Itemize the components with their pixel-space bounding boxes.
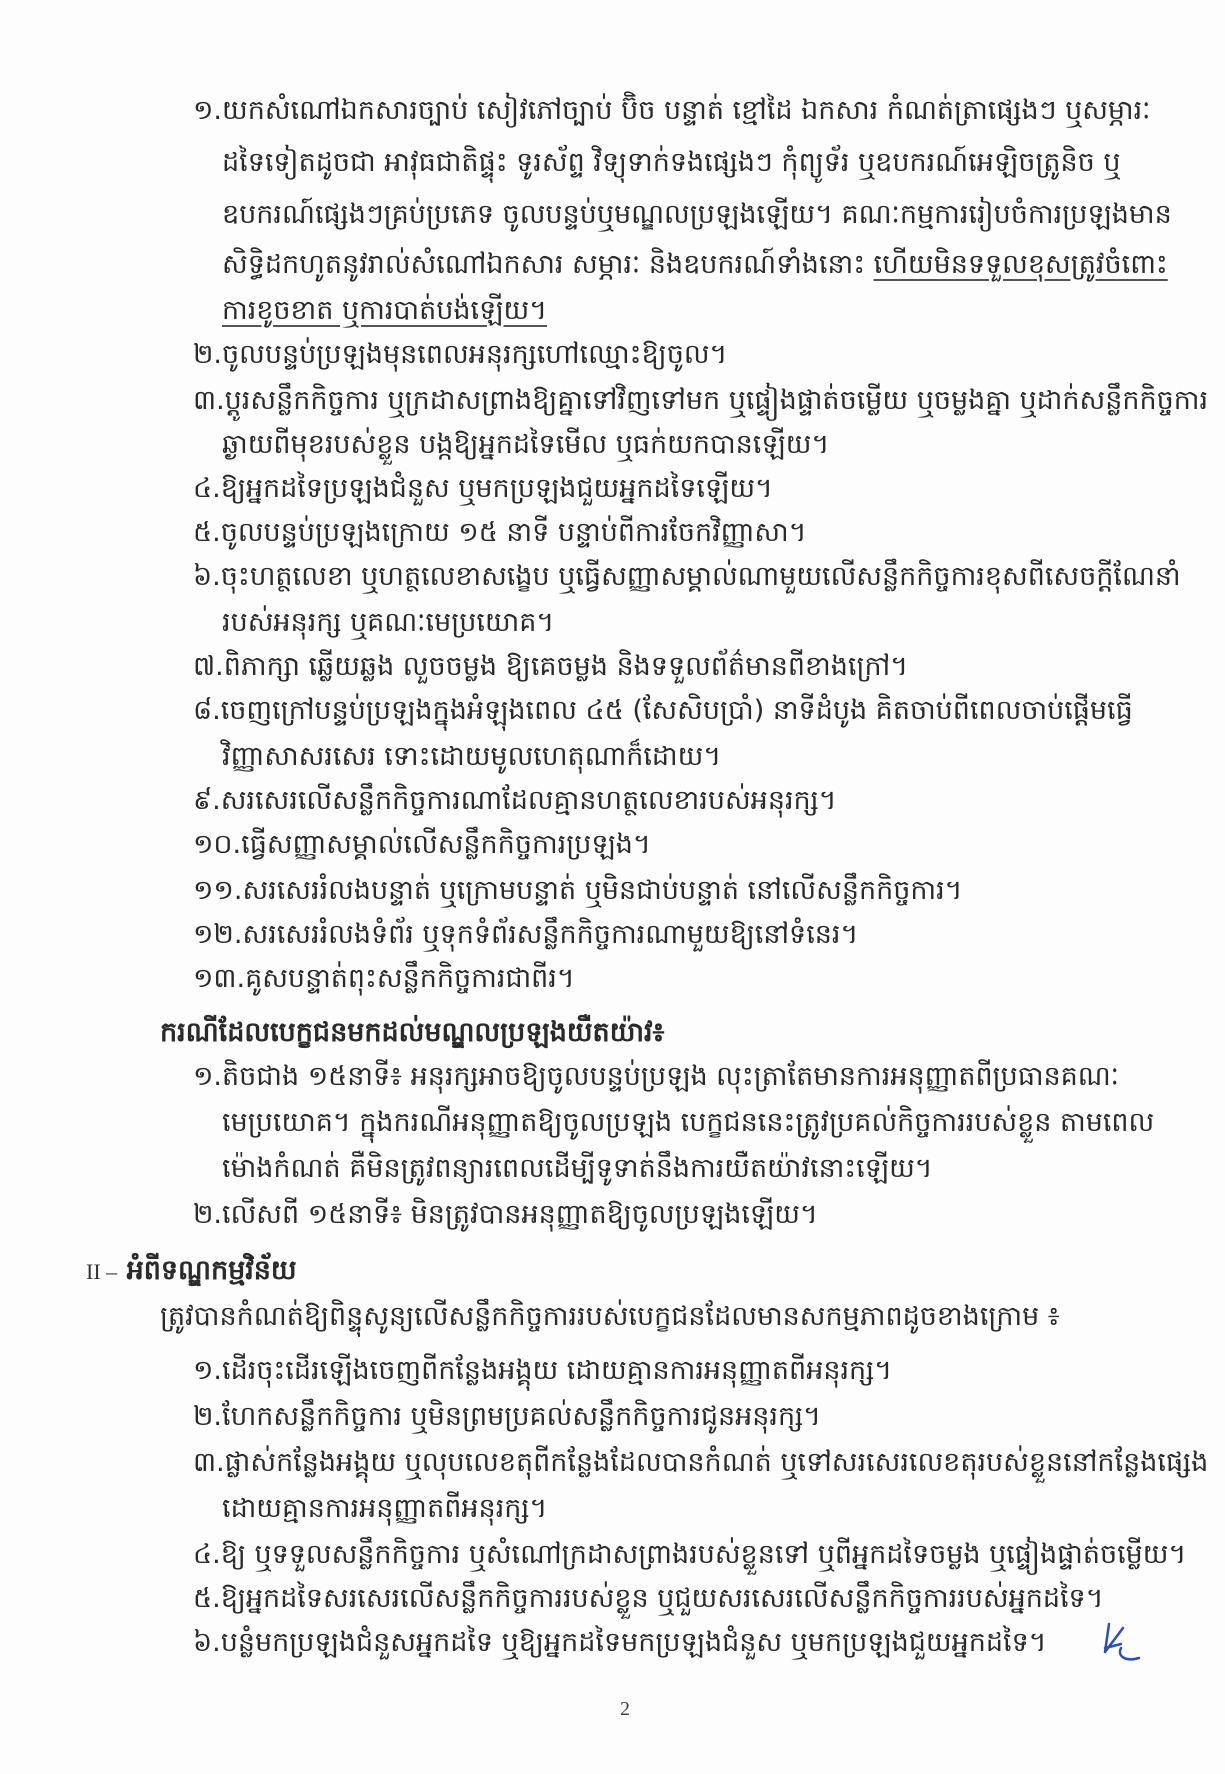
rule-item-12: ១២.សរសេររំលងទំព័រ ឬទុកទំព័រសន្លឹកកិច្ចកា… bbox=[193, 916, 858, 954]
rule-item-2: ២.ចូលបន្ទប់ប្រឡងមុនពេលអនុរក្សហៅឈ្មោះឱ្យច… bbox=[193, 336, 727, 374]
rule-item-10: ១០.ធ្វើសញ្ញាសម្គាល់លើសន្លឹកកិច្ចការប្រឡង… bbox=[193, 826, 651, 864]
late-arrival-item-1-line-2: មេប្រយោគ។ ក្នុងករណីអនុញ្ញាតឱ្យចូលប្រឡង ប… bbox=[222, 1104, 1154, 1142]
rule-item-3-line-1: ៣.ប្ដូរសន្លឹកកិច្ចការ ឬក្រដាសព្រាងឱ្យគ្ន… bbox=[193, 382, 1208, 420]
rule-item-1-line-3: ឧបករណ៍ផ្សេងៗគ្រប់ប្រភេទ ចូលបន្ទប់ឬមណ្ឌលប… bbox=[222, 196, 1172, 234]
section-ii-title: អំពីទណ្ឌកម្មវិន័យ bbox=[127, 1255, 297, 1286]
sanction-item-5: ៥.ឱ្យអ្នកដទៃសរសេរលើសន្លឹកកិច្ចការរបស់ខ្ល… bbox=[193, 1580, 1104, 1618]
rule-item-11: ១១.សរសេររំលងបន្ទាត់ ឬក្រោមបន្ទាត់ ឬមិនជា… bbox=[193, 872, 962, 910]
rule-item-4: ៤.ឱ្យអ្នកដទៃប្រឡងជំនួស ឬមកប្រឡងជួយអ្នកដទ… bbox=[193, 470, 773, 508]
rule-item-1-line-4: សិទ្ធិដកហូតនូវរាល់សំណៅឯកសារ សម្ភារៈ និងឧ… bbox=[222, 246, 1168, 284]
handwritten-initials-icon bbox=[1095, 1618, 1155, 1668]
sanction-item-3-line-1: ៣.ផ្លាស់កន្លែងអង្គុយ ឬលុបលេខតុពីកន្លែងដែ… bbox=[193, 1444, 1208, 1482]
sanction-item-1: ១.ដើរចុះដើរឡើងចេញពីកន្លែងអង្គុយ ដោយគ្មាន… bbox=[193, 1352, 892, 1390]
rule-item-1-line-5: ការខូចខាត ឬការបាត់បង់ឡើយ។ bbox=[222, 292, 547, 330]
section-ii-intro: ត្រូវបានកំណត់ឱ្យពិន្ទុសូន្យលើសន្លឹកកិច្ច… bbox=[160, 1298, 1060, 1336]
page-number: 2 bbox=[620, 1698, 630, 1721]
sanction-item-4: ៤.ឱ្យ ឬទទួលសន្លឹកកិច្ចការ ឬសំណៅក្រដាសព្រ… bbox=[193, 1536, 1186, 1574]
rule-item-1-line-1: ១.យកសំណៅឯកសារច្បាប់ សៀវភៅច្បាប់ ប៊ិច បន្… bbox=[193, 92, 1150, 130]
rule-item-6-line-1: ៦.ចុះហត្ថលេខា ឬហត្ថលេខាសង្ខេប ឬធ្វើសញ្ញា… bbox=[193, 558, 1181, 596]
rule-item-7: ៧.ពិភាក្សា ឆ្លើយឆ្លង លួចចម្លង ឱ្យគេចម្លង… bbox=[193, 648, 908, 686]
late-arrival-item-1-line-1: ១.តិចជាង ១៥នាទី៖ អនុរក្សអាចឱ្យចូលបន្ទប់ប… bbox=[193, 1058, 1119, 1096]
sanction-item-3-line-2: ដោយគ្មានការអនុញ្ញាតពីអនុរក្ស។ bbox=[222, 1490, 547, 1528]
rule-item-1-line-2: ដទៃទៀតដូចជា អាវុធជាតិផ្ទុះ ទូរស័ព្ទ វិទ្… bbox=[222, 144, 1121, 182]
rule-item-9: ៩.សរសេរលើសន្លឹកកិច្ចការណាដែលគ្មានហត្ថលេខ… bbox=[193, 782, 837, 820]
late-arrival-heading: ករណីដែលបេក្ខជនមកដល់មណ្ឌលប្រឡងយឺតយ៉ាវ៖ bbox=[160, 1014, 664, 1052]
late-arrival-item-2: ២.លើសពី ១៥នាទី៖ មិនត្រូវបានអនុញ្ញាតឱ្យចូ… bbox=[193, 1196, 818, 1234]
rule-item-3-line-2: ឆ្ងាយពីមុខរបស់ខ្លួន បង្កឱ្យអ្នកដទៃមើល ឬធ… bbox=[222, 426, 829, 464]
rule-item-8-line-1: ៨.ចេញក្រៅបន្ទប់ប្រឡងក្នុងអំឡុងពេល ៤៥ (សែ… bbox=[193, 692, 1133, 730]
sanction-item-6: ៦.បន្លំមកប្រឡងជំនួសអ្នកដទៃ ឬឱ្យអ្នកដទៃមក… bbox=[193, 1624, 1047, 1662]
rule-item-6-line-2: របស់អនុរក្ស ឬគណៈមេប្រយោគ។ bbox=[222, 604, 554, 642]
rule-item-5: ៥.ចូលបន្ទប់ប្រឡងក្រោយ ១៥ នាទី បន្ទាប់ពីក… bbox=[193, 514, 807, 552]
underlined-disclaimer-part-2: ការខូចខាត ឬការបាត់បង់ឡើយ។ bbox=[222, 295, 547, 326]
section-ii-heading: II – អំពីទណ្ឌកម្មវិន័យ bbox=[86, 1252, 297, 1291]
sanction-item-2: ២.ហែកសន្លឹកកិច្ចការ ឬមិនព្រមប្រគល់សន្លឹក… bbox=[193, 1398, 821, 1436]
rule-item-13: ១៣.គូសបន្ទាត់ពុះសន្លឹកកិច្ចការជាពីរ។ bbox=[193, 960, 575, 998]
section-ii-numeral: II – bbox=[86, 1259, 117, 1284]
late-arrival-item-1-line-3: ម៉ោងកំណត់ គឺមិនត្រូវពន្យារពេលដើម្បីទូទាត… bbox=[222, 1150, 933, 1188]
underlined-disclaimer-part-1: ហើយមិនទទួលខុសត្រូវចំពោះ bbox=[874, 249, 1168, 280]
document-page: ១.យកសំណៅឯកសារច្បាប់ សៀវភៅច្បាប់ ប៊ិច បន្… bbox=[0, 0, 1225, 1774]
rule-item-1-text: សិទ្ធិដកហូតនូវរាល់សំណៅឯកសារ សម្ភារៈ និងឧ… bbox=[222, 249, 874, 280]
rule-item-8-line-2: វិញ្ញាសាសរសេរ ទោះដោយមូលហេតុណាក៏ដោយ។ bbox=[222, 738, 721, 776]
